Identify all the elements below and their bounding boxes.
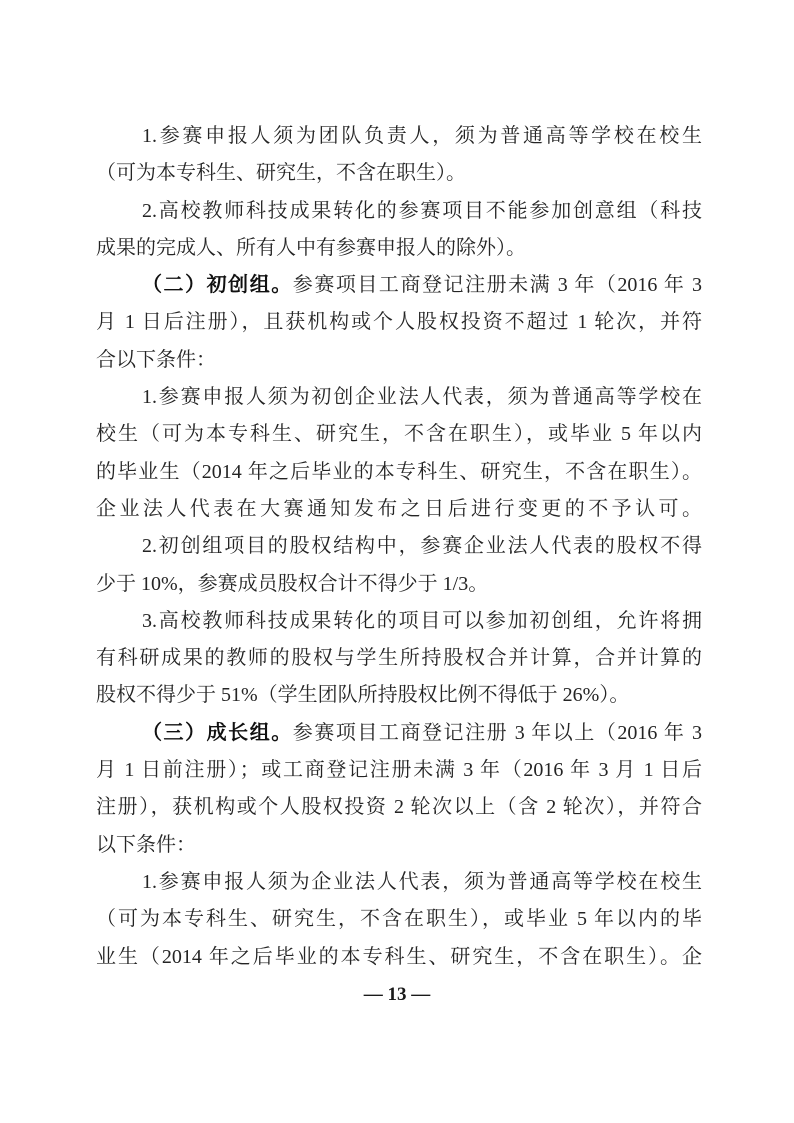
text-segment: （可为本专科生、研究生，不含在职生）。 <box>96 162 466 184</box>
text-line: 2.高校教师科技成果转化的参赛项目不能参加创意组（科技 <box>96 193 702 230</box>
text-segment: 1.参赛申报人须为初创企业法人代表，须为普通高等学校在 <box>142 386 702 408</box>
text-segment: 的毕业生（2014 年之后毕业的本专科生、研究生，不含在职生）。 <box>96 461 702 483</box>
document-page: 1.参赛申报人须为团队负责人，须为普通高等学校在校生（可为本专科生、研究生，不含… <box>0 0 794 1123</box>
text-line: （可为本专科生、研究生，不含在职生），或毕业 5 年以内的毕 <box>96 901 702 938</box>
text-segment: 2.高校教师科技成果转化的参赛项目不能参加创意组（科技 <box>142 200 702 222</box>
text-segment: 2.初创组项目的股权结构中，参赛企业法人代表的股权不得 <box>142 535 702 557</box>
text-line: 合以下条件： <box>96 342 702 379</box>
page-number: — 13 — <box>0 984 794 1006</box>
text-line: （二）初创组。参赛项目工商登记注册未满 3 年（2016 年 3 <box>96 267 702 304</box>
text-line: 以下条件： <box>96 827 702 864</box>
text-line: 的毕业生（2014 年之后毕业的本专科生、研究生，不含在职生）。 <box>96 454 702 491</box>
text-line: 月 1 日后注册），且获机构或个人股权投资不超过 1 轮次，并符 <box>96 304 702 341</box>
text-line: （可为本专科生、研究生，不含在职生）。 <box>96 155 702 192</box>
text-line: 3.高校教师科技成果转化的项目可以参加初创组，允许将拥 <box>96 603 702 640</box>
text-segment: （可为本专科生、研究生，不含在职生），或毕业 5 年以内的毕 <box>96 908 702 930</box>
text-segment: 股权不得少于 51%（学生团队所持股权比例不得低于 26%）。 <box>96 684 629 706</box>
text-line: 成果的完成人、所有人中有参赛申报人的除外）。 <box>96 230 702 267</box>
text-line: 1.参赛申报人须为企业法人代表，须为普通高等学校在校生 <box>96 864 702 901</box>
text-line: 2.初创组项目的股权结构中，参赛企业法人代表的股权不得 <box>96 528 702 565</box>
text-line: 校生（可为本专科生、研究生，不含在职生），或毕业 5 年以内 <box>96 416 702 453</box>
text-line: 有科研成果的教师的股权与学生所持股权合并计算，合并计算的 <box>96 640 702 677</box>
text-segment: 校生（可为本专科生、研究生，不含在职生），或毕业 5 年以内 <box>96 423 702 445</box>
text-segment: 参赛项目工商登记注册未满 3 年（2016 年 3 <box>293 274 702 296</box>
text-block: 1.参赛申报人须为团队负责人，须为普通高等学校在校生（可为本专科生、研究生，不含… <box>96 118 702 976</box>
text-segment: 3.高校教师科技成果转化的项目可以参加初创组，允许将拥 <box>142 610 702 632</box>
text-segment: 月 1 日后注册），且获机构或个人股权投资不超过 1 轮次，并符 <box>96 311 702 333</box>
text-line: 少于 10%，参赛成员股权合计不得少于 1/3。 <box>96 566 702 603</box>
text-line: 企业法人代表在大赛通知发布之日后进行变更的不予认可。 <box>96 491 702 528</box>
text-segment: 少于 10%，参赛成员股权合计不得少于 1/3。 <box>96 573 488 595</box>
subsection-heading: （三）成长组。 <box>142 722 293 744</box>
text-segment: 企业法人代表在大赛通知发布之日后进行变更的不予认可。 <box>96 498 702 520</box>
text-segment: 有科研成果的教师的股权与学生所持股权合并计算，合并计算的 <box>96 647 702 669</box>
text-segment: 业生（2014 年之后毕业的本专科生、研究生，不含在职生）。企 <box>96 946 702 968</box>
text-line: 注册），获机构或个人股权投资 2 轮次以上（含 2 轮次），并符合 <box>96 789 702 826</box>
subsection-heading: （二）初创组。 <box>142 274 293 296</box>
text-segment: 以下条件： <box>96 834 196 856</box>
text-line: 股权不得少于 51%（学生团队所持股权比例不得低于 26%）。 <box>96 677 702 714</box>
text-line: 1.参赛申报人须为初创企业法人代表，须为普通高等学校在 <box>96 379 702 416</box>
text-line: 1.参赛申报人须为团队负责人，须为普通高等学校在校生 <box>96 118 702 155</box>
text-segment: 1.参赛申报人须为团队负责人，须为普通高等学校在校生 <box>142 125 702 147</box>
text-line: （三）成长组。参赛项目工商登记注册 3 年以上（2016 年 3 <box>96 715 702 752</box>
text-line: 业生（2014 年之后毕业的本专科生、研究生，不含在职生）。企 <box>96 939 702 976</box>
text-segment: 1.参赛申报人须为企业法人代表，须为普通高等学校在校生 <box>142 871 702 893</box>
text-segment: 月 1 日前注册）；或工商登记注册未满 3 年（2016 年 3 月 1 日后 <box>96 759 702 781</box>
text-segment: 成果的完成人、所有人中有参赛申报人的除外）。 <box>96 237 526 259</box>
text-line: 月 1 日前注册）；或工商登记注册未满 3 年（2016 年 3 月 1 日后 <box>96 752 702 789</box>
text-segment: 合以下条件： <box>96 349 216 371</box>
text-segment: 参赛项目工商登记注册 3 年以上（2016 年 3 <box>293 722 702 744</box>
text-segment: 注册），获机构或个人股权投资 2 轮次以上（含 2 轮次），并符合 <box>96 796 702 818</box>
